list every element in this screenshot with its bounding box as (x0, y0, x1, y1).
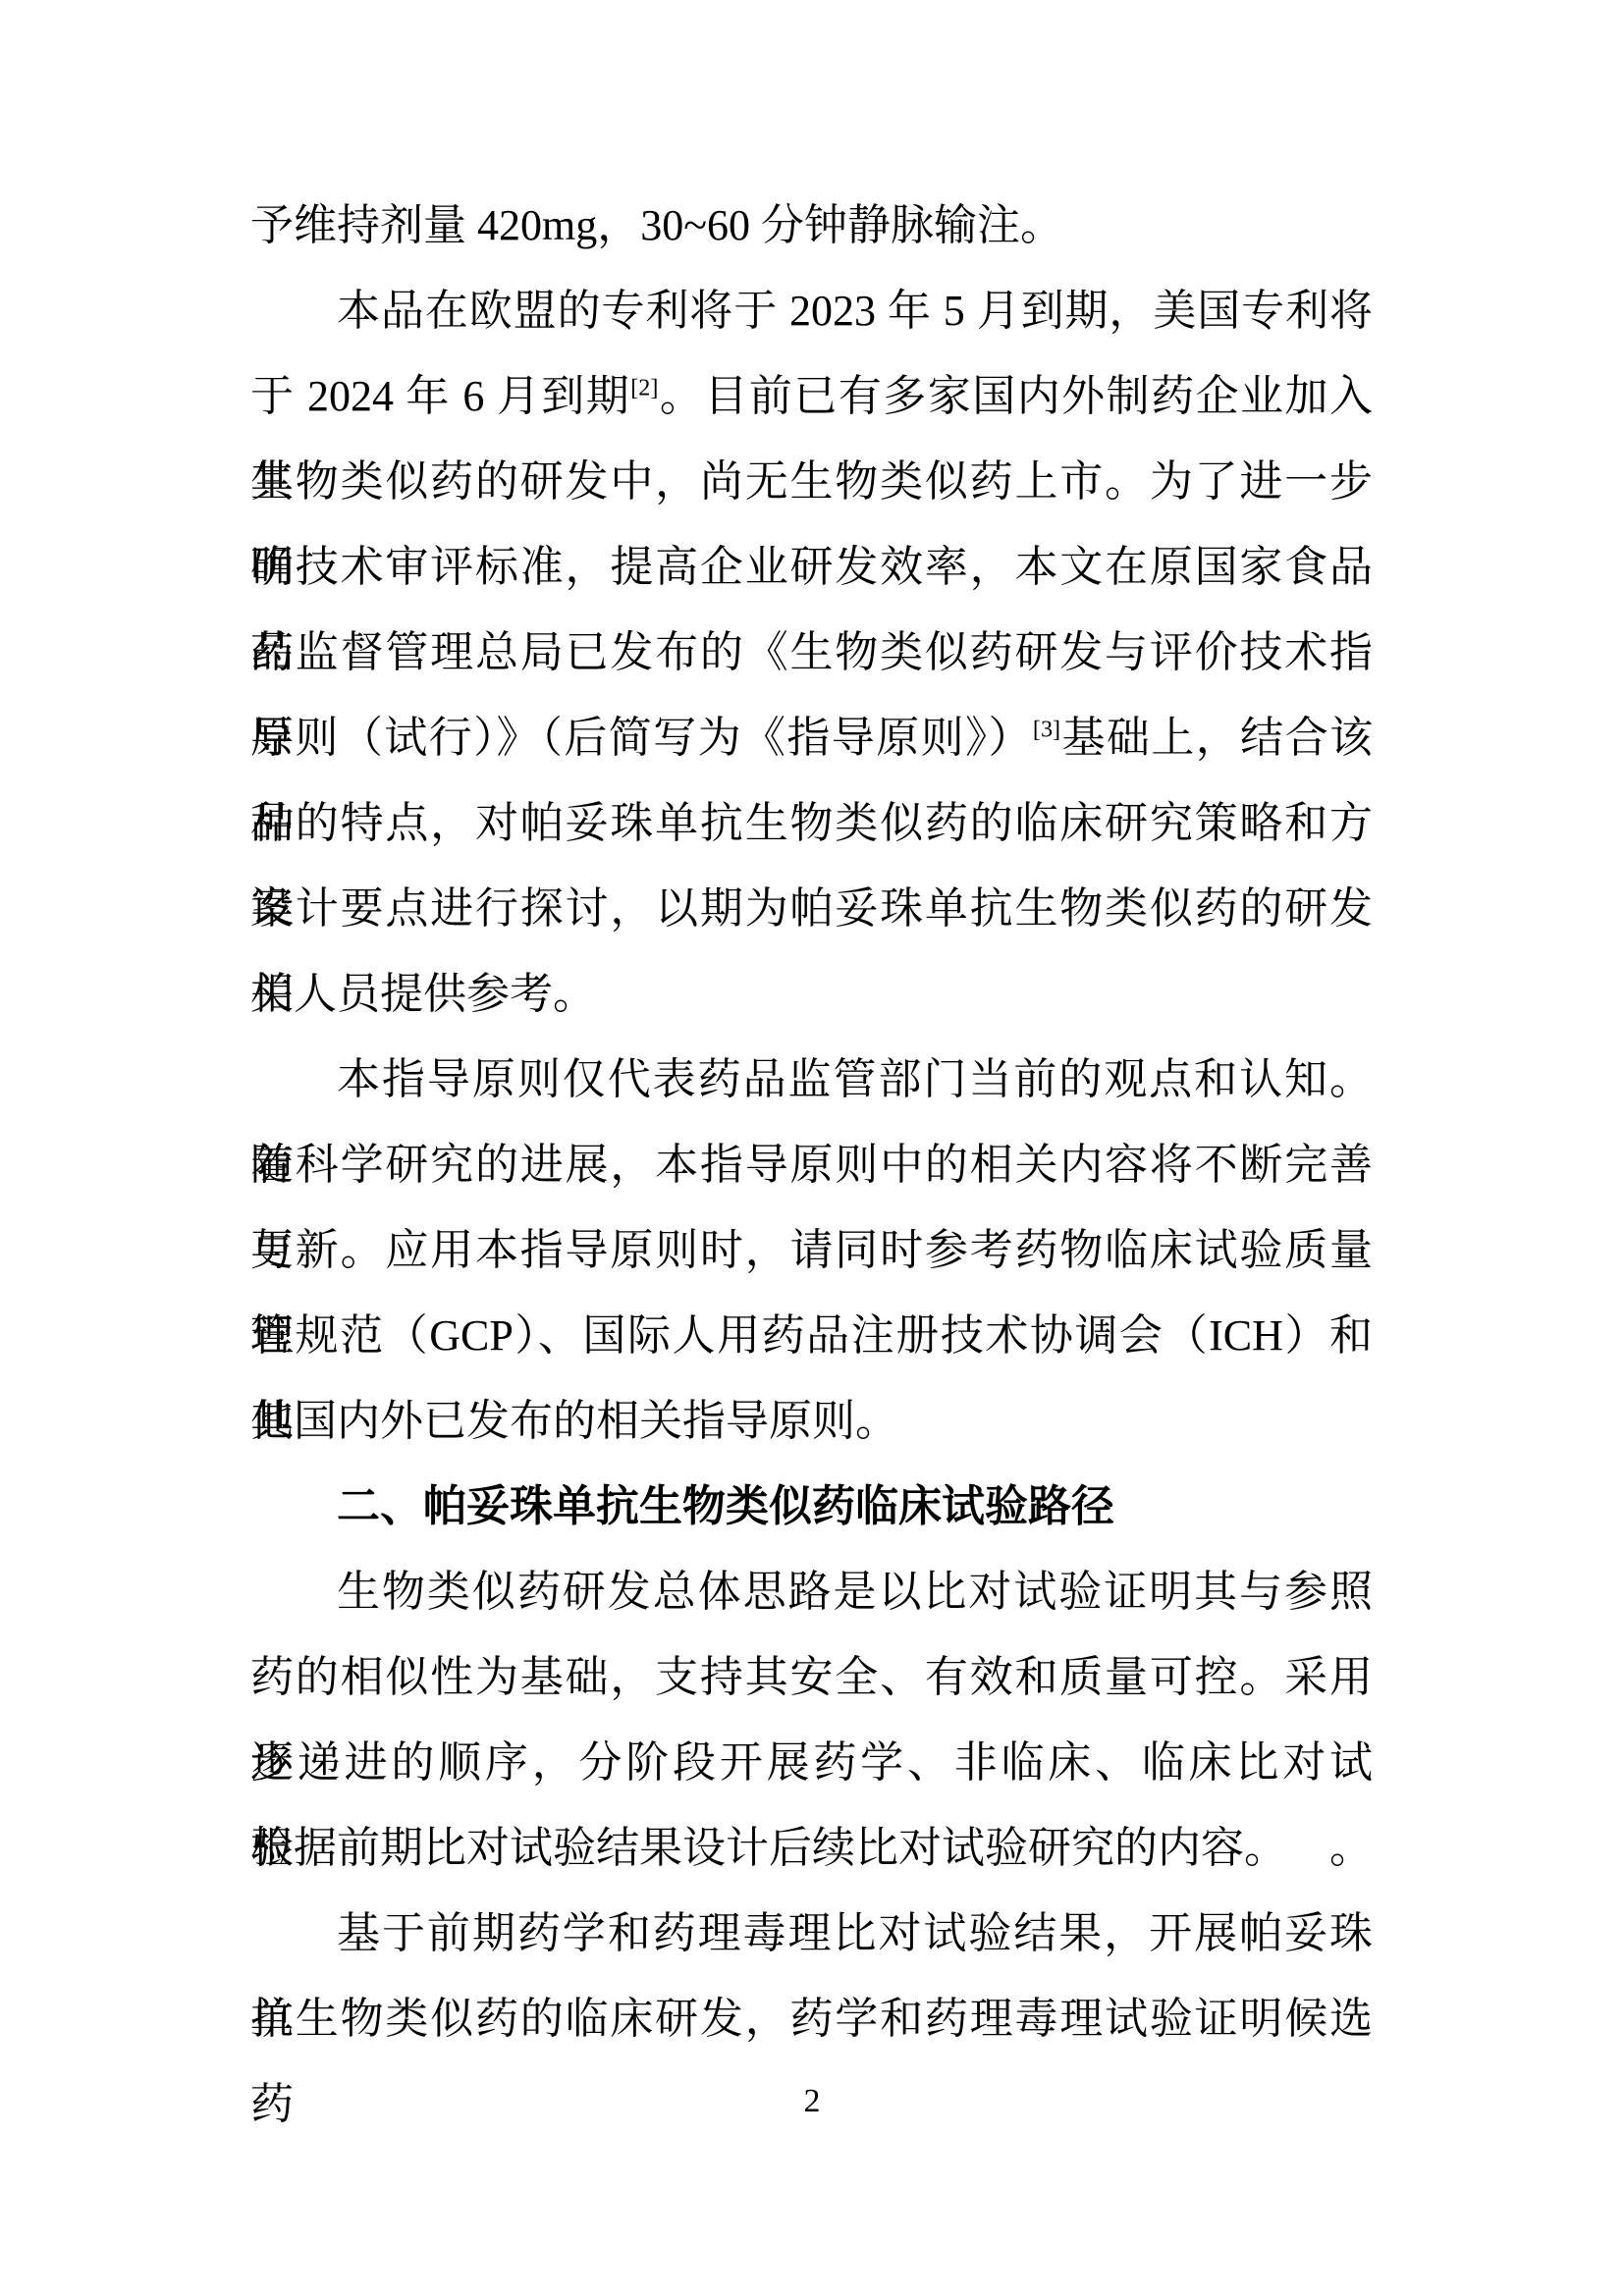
text-segment: 他国内外已发布的相关指导原则。 (250, 1397, 898, 1445)
text-line: 设计要点进行探讨，以期为帕妥珠单抗生物类似药的研发相 (250, 866, 1373, 951)
text-segment: 根据前期比对试验结果设计后续比对试验研究的内容。 (250, 1824, 1287, 1872)
text-segment: 本品在欧盟的专利将于 2023 年 5 月到期，美国专利将 (337, 287, 1373, 335)
document-body: 予维持剂量 420mg，30~60 分钟静脉输注。本品在欧盟的专利将于 2023… (250, 183, 1373, 2061)
text-segment: 关人员提供参考。 (250, 970, 596, 1018)
text-line: 生物类似药的研发中，尚无生物类似药上市。为了进一步明 (250, 439, 1373, 524)
text-line: 予维持剂量 420mg，30~60 分钟静脉输注。 (250, 183, 1373, 268)
text-line: 于 2024 年 6 月到期[2]。目前已有多家国内外制药企业加入其 (250, 353, 1373, 439)
section-heading: 二、帕妥珠单抗生物类似药临床试验路径 (250, 1464, 1373, 1549)
text-line: 理规范（GCP）、国际人用药品注册技术协调会（ICH）和其 (250, 1293, 1373, 1378)
text-segment: 二、帕妥珠单抗生物类似药临床试验路径 (337, 1482, 1114, 1530)
text-line: 他国内外已发布的相关指导原则。 (250, 1378, 1373, 1464)
footnote-reference: [2] (630, 374, 658, 400)
footnote-reference: [3] (1033, 716, 1060, 742)
text-line: 确技术审评标准，提高企业研发效率，本文在原国家食品药 (250, 524, 1373, 610)
text-segment: 生物类似药研发总体思路是以比对试验证明其与参照 (337, 1568, 1373, 1616)
text-line: 本指导原则仅代表药品监管部门当前的观点和认知。随 (250, 1037, 1373, 1122)
text-segment: 于 2024 年 6 月到期 (250, 372, 630, 420)
text-line: 品监督管理总局已发布的《生物类似药研发与评价技术指导 (250, 610, 1373, 695)
text-line: 药的相似性为基础，支持其安全、有效和质量可控。采用逐 (250, 1634, 1373, 1720)
text-segment: 予维持剂量 420mg，30~60 分钟静脉输注。 (250, 201, 1063, 249)
text-line: 生物类似药研发总体思路是以比对试验证明其与参照 (250, 1549, 1373, 1634)
text-line: 抗生物类似药的临床研发，药学和药理毒理试验证明候选药 (250, 1976, 1373, 2061)
text-line: 本品在欧盟的专利将于 2023 年 5 月到期，美国专利将 (250, 268, 1373, 353)
text-line: 种的特点，对帕妥珠单抗生物类似药的临床研究策略和方案 (250, 780, 1373, 866)
text-line: 步递进的顺序，分阶段开展药学、非临床、临床比对试验。 (250, 1720, 1373, 1805)
text-line: 更新。应用本指导原则时，请同时参考药物临床试验质量管 (250, 1207, 1373, 1293)
document-page: 予维持剂量 420mg，30~60 分钟静脉输注。本品在欧盟的专利将于 2023… (0, 0, 1624, 2296)
text-segment: 原则（试行）》（后简写为《指导原则》） (250, 714, 1033, 762)
text-line: 原则（试行）》（后简写为《指导原则》）[3]基础上，结合该品 (250, 695, 1373, 780)
page-number: 2 (0, 2083, 1624, 2120)
text-line: 关人员提供参考。 (250, 951, 1373, 1037)
text-line: 基于前期药学和药理毒理比对试验结果，开展帕妥珠单 (250, 1891, 1373, 1976)
text-line: 着科学研究的进展，本指导原则中的相关内容将不断完善与 (250, 1122, 1373, 1207)
text-line: 根据前期比对试验结果设计后续比对试验研究的内容。 (250, 1805, 1373, 1891)
